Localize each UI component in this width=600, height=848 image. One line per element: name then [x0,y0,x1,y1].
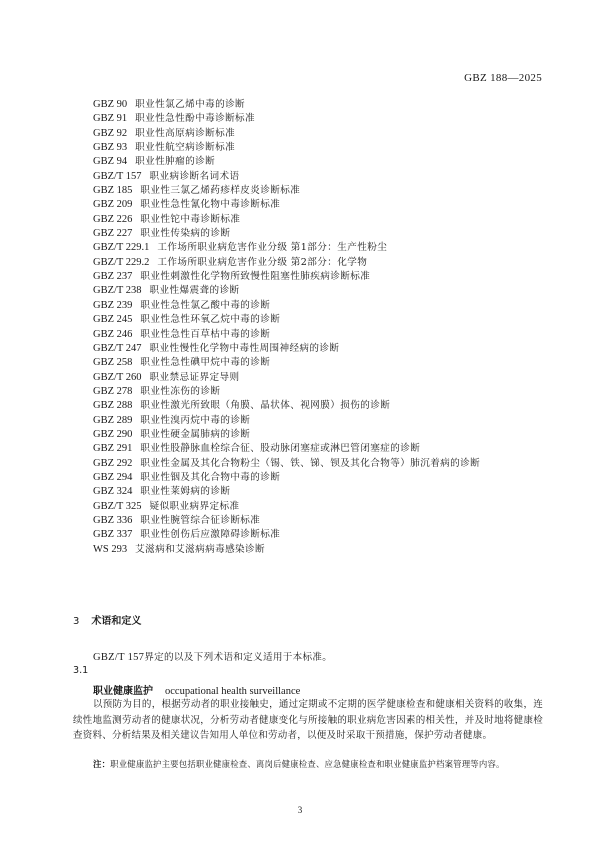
reference-title: 职业性传染病的诊断 [140,228,230,239]
reference-item: GBZ 290职业性硬金属肺病的诊断 [93,428,553,442]
term-english: occupational health surveillance [165,686,300,697]
reference-item: GBZ/T 325疑似职业病界定标准 [93,500,553,514]
reference-title: 职业性急性氰化物中毒诊断标准 [140,199,280,210]
note-label: 注： [93,759,110,769]
reference-item: GBZ/T 247职业性慢性化学物中毒性周围神经病的诊断 [93,342,553,356]
section-title: 术语和定义 [91,616,141,627]
reference-item: GBZ 324职业性莱姆病的诊断 [93,485,553,499]
reference-item: GBZ/T 229.1工作场所职业病危害作业分级 第1部分：生产性粉尘 [93,241,553,255]
reference-item: WS 293艾滋病和艾滋病病毒感染诊断 [93,543,553,557]
reference-item: GBZ/T 238职业性爆震聋的诊断 [93,284,553,298]
reference-code: GBZ 237 [93,271,132,282]
reference-item: GBZ 291职业性股静脉血栓综合征、股动脉闭塞症或淋巴管闭塞症的诊断 [93,442,553,456]
reference-item: GBZ 209职业性急性氰化物中毒诊断标准 [93,198,553,212]
reference-item: GBZ 227职业性传染病的诊断 [93,227,553,241]
reference-title: 职业性溴丙烷中毒的诊断 [140,415,250,426]
reference-code: GBZ 291 [93,443,132,454]
reference-item: GBZ 226职业性铊中毒诊断标准 [93,213,553,227]
reference-code: GBZ 239 [93,300,132,311]
reference-code: GBZ/T 325 [93,501,142,512]
term-number: 3.1 [73,665,88,676]
reference-code: GBZ 90 [93,99,127,110]
reference-item: GBZ/T 229.2工作场所职业病危害作业分级 第2部分：化学物 [93,256,553,270]
term-definition: 以预防为目的，根据劳动者的职业接触史，通过定期或不定期的医学健康检查和健康相关资… [73,697,543,744]
reference-item: GBZ/T 157职业病诊断名词术语 [93,170,553,184]
reference-item: GBZ/T 260职业禁忌证界定导则 [93,371,553,385]
reference-title: 职业病诊断名词术语 [150,171,240,182]
reference-title: 职业性金属及其化合物粉尘（锡、铁、锑、钡及其化合物等）肺沉着病的诊断 [140,458,480,469]
reference-code: GBZ 337 [93,529,132,540]
reference-title: 职业性急性氯乙酸中毒的诊断 [140,300,270,311]
reference-code: GBZ 336 [93,515,132,526]
reference-title: 工作场所职业病危害作业分级 第2部分：化学物 [157,257,367,268]
reference-item: GBZ 90职业性氯乙烯中毒的诊断 [93,98,553,112]
reference-title: 职业性慢性化学物中毒性周围神经病的诊断 [150,343,340,354]
reference-title: 职业性急性酚中毒诊断标准 [135,113,255,124]
reference-code: GBZ 185 [93,185,132,196]
reference-item: GBZ 337职业性创伤后应激障碍诊断标准 [93,528,553,542]
reference-code: GBZ/T 247 [93,343,142,354]
reference-title: 职业性铟及其化合物中毒的诊断 [140,472,280,483]
reference-title: 职业性激光所致眼（角膜、晶状体、视网膜）损伤的诊断 [140,400,390,411]
section-intro: GBZ/T 157界定的以及下列术语和定义适用于本标准。 [93,649,332,663]
reference-title: 职业禁忌证界定导则 [150,372,240,383]
reference-title: 职业性硬金属肺病的诊断 [140,429,250,440]
reference-item: GBZ 336职业性腕管综合征诊断标准 [93,514,553,528]
reference-title: 职业性高原病诊断标准 [135,128,235,139]
reference-item: GBZ 185职业性三氯乙烯药疹样皮炎诊断标准 [93,184,553,198]
reference-item: GBZ 278职业性冻伤的诊断 [93,385,553,399]
section-heading: 3术语和定义 [73,612,141,627]
reference-title: 职业性急性碘甲烷中毒的诊断 [140,357,270,368]
section-number: 3 [73,616,79,627]
reference-code: GBZ 246 [93,329,132,340]
reference-title: 职业性航空病诊断标准 [135,142,235,153]
reference-code: GBZ 92 [93,128,127,139]
reference-code: GBZ 91 [93,113,127,124]
standard-id-header: GBZ 188—2025 [464,72,542,84]
reference-item: GBZ 245职业性急性环氧乙烷中毒的诊断 [93,313,553,327]
term-heading: 职业健康监护occupational health surveillance [93,682,300,697]
reference-code: GBZ/T 229.1 [93,242,149,253]
reference-title: 职业性肿瘤的诊断 [135,156,215,167]
reference-title: 职业性莱姆病的诊断 [140,486,230,497]
reference-code: GBZ 289 [93,415,132,426]
note-text: 职业健康监护主要包括职业健康检查、离岗后健康检查、应急健康检查和职业健康监护档案… [110,759,504,769]
normative-references-list: GBZ 90职业性氯乙烯中毒的诊断GBZ 91职业性急性酚中毒诊断标准GBZ 9… [93,98,553,557]
reference-code: GBZ/T 260 [93,372,142,383]
reference-title: 职业性急性环氧乙烷中毒的诊断 [140,314,280,325]
reference-title: 艾滋病和艾滋病病毒感染诊断 [135,544,265,555]
reference-code: GBZ/T 238 [93,285,142,296]
reference-title: 职业性刺激性化学物所致慢性阻塞性肺疾病诊断标准 [140,271,370,282]
reference-title: 职业性爆震聋的诊断 [150,285,240,296]
reference-title: 职业性腕管综合征诊断标准 [140,515,260,526]
reference-title: 职业性铊中毒诊断标准 [140,214,240,225]
reference-code: GBZ 94 [93,156,127,167]
reference-item: GBZ 94职业性肿瘤的诊断 [93,155,553,169]
reference-item: GBZ 239职业性急性氯乙酸中毒的诊断 [93,299,553,313]
reference-code: GBZ 93 [93,142,127,153]
reference-title: 工作场所职业病危害作业分级 第1部分：生产性粉尘 [157,242,387,253]
reference-item: GBZ 294职业性铟及其化合物中毒的诊断 [93,471,553,485]
reference-item: GBZ 289职业性溴丙烷中毒的诊断 [93,414,553,428]
term-chinese: 职业健康监护 [93,686,153,697]
reference-title: 疑似职业病界定标准 [150,501,240,512]
reference-title: 职业性三氯乙烯药疹样皮炎诊断标准 [140,185,300,196]
reference-item: GBZ 292职业性金属及其化合物粉尘（锡、铁、锑、钡及其化合物等）肺沉着病的诊… [93,457,553,471]
reference-code: GBZ 258 [93,357,132,368]
reference-title: 职业性冻伤的诊断 [140,386,220,397]
reference-code: GBZ/T 157 [93,171,142,182]
reference-title: 职业性创伤后应激障碍诊断标准 [140,529,280,540]
reference-item: GBZ 288职业性激光所致眼（角膜、晶状体、视网膜）损伤的诊断 [93,399,553,413]
reference-code: GBZ 290 [93,429,132,440]
reference-item: GBZ 93职业性航空病诊断标准 [93,141,553,155]
term-note: 注：职业健康监护主要包括职业健康检查、离岗后健康检查、应急健康检查和职业健康监护… [93,758,505,770]
reference-code: GBZ 292 [93,458,132,469]
reference-code: GBZ 324 [93,486,132,497]
reference-code: GBZ 209 [93,199,132,210]
reference-item: GBZ 92职业性高原病诊断标准 [93,127,553,141]
reference-title: 职业性急性百草枯中毒的诊断 [140,329,270,340]
reference-item: GBZ 246职业性急性百草枯中毒的诊断 [93,328,553,342]
reference-title: 职业性股静脉血栓综合征、股动脉闭塞症或淋巴管闭塞症的诊断 [140,443,420,454]
reference-item: GBZ 258职业性急性碘甲烷中毒的诊断 [93,356,553,370]
intro-text: 界定的以及下列术语和定义适用于本标准。 [144,652,332,663]
reference-code: GBZ 227 [93,228,132,239]
reference-code: GBZ 288 [93,400,132,411]
intro-reference-code: GBZ/T 157 [93,652,144,663]
reference-code: GBZ 226 [93,214,132,225]
reference-code: GBZ 245 [93,314,132,325]
page-number: 3 [0,805,600,815]
reference-code: GBZ 294 [93,472,132,483]
reference-title: 职业性氯乙烯中毒的诊断 [135,99,245,110]
reference-code: GBZ 278 [93,386,132,397]
reference-item: GBZ 91职业性急性酚中毒诊断标准 [93,112,553,126]
reference-code: WS 293 [93,544,127,555]
reference-item: GBZ 237职业性刺激性化学物所致慢性阻塞性肺疾病诊断标准 [93,270,553,284]
reference-code: GBZ/T 229.2 [93,257,149,268]
